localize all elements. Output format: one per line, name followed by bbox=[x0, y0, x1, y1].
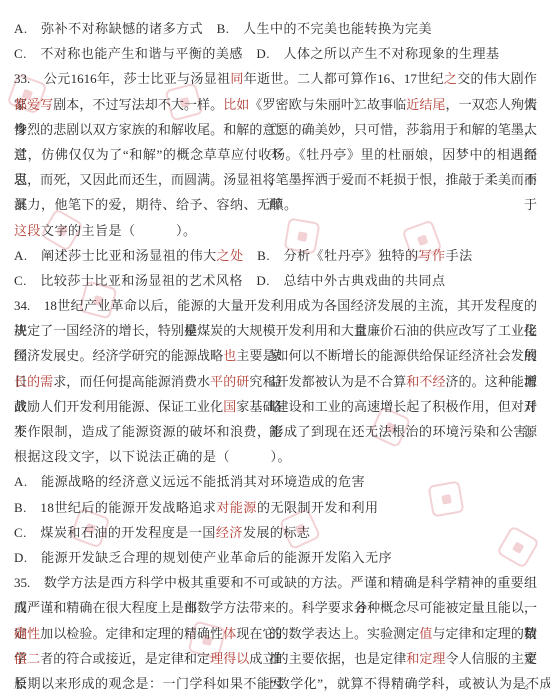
red-highlight-text: 近结尾 bbox=[406, 97, 445, 112]
scanned-exam-page: A. 弥补不对称缺憾的诸多方式 B. 人生中的不完美也能转换为完美C. 不对称也… bbox=[0, 0, 550, 700]
text-line: 这段文字的主旨是（ ）。 bbox=[14, 218, 537, 243]
red-highlight-text: 这段 bbox=[14, 223, 41, 238]
text-segment: D. 能源开发缺乏合理的规划使产业革命后的能源开发陷入无序 bbox=[14, 550, 392, 565]
text-line: 34. 18世纪产业革命以后，能源的大量开发利用成为各国经济发展的主流，其开发程… bbox=[14, 293, 537, 318]
red-highlight-text: 平的研 bbox=[210, 374, 249, 389]
text-segment: 加以检验。定律和定理的精确性 bbox=[40, 626, 223, 641]
text-line: 不作限制，造成了能源资源的破坏和浪费，形成了到现在还无法根治的环境污染和公害。 bbox=[14, 419, 537, 444]
text-line: 鼓励人们开发利用能源、保证工业化国家基础建设和工业的高速增长起了积极作用，但对开… bbox=[14, 394, 537, 419]
red-highlight-text: 之 bbox=[444, 71, 457, 86]
text-line: 意，仿佛仅仅为了“和解”的概念草草应付收场。《牡丹亭》里的杜丽娘，因梦中的相遇而… bbox=[14, 142, 537, 167]
text-segment: 究和开发都被认为是不合算 bbox=[249, 374, 406, 389]
red-highlight-text: 体 bbox=[223, 626, 236, 641]
red-highlight-text: 理得以 bbox=[210, 651, 249, 666]
text-line: C. 煤炭和石油的开发程度是一国经济发展的标志 bbox=[14, 520, 537, 545]
text-segment: C. 不对称也能产生和谐与平衡的美感 D. 人体之所以产生不对称现象的生理基 bbox=[14, 46, 500, 61]
text-line: A. 阐述莎士比亚和汤显祖的伟大之处 B. 分析《牡丹亭》独特的写作手法 bbox=[14, 243, 537, 268]
text-segment: A. 能源战略的经济意义远远不能抵消其对环境造成的危害 bbox=[14, 474, 365, 489]
text-line: 长期以来形成的观念是：一门学科如果不能“数学化”，就算不得精确学科，或被认为是不… bbox=[14, 671, 537, 696]
text-segment: 鼓励人们开发利用能源、保证工业化 bbox=[14, 399, 223, 414]
text-line: 哀，而死，又因此而还生，而圆满。汤显祖将笔墨挥洒于爱而不耗损于恨，推敲于柔美而不… bbox=[14, 167, 537, 192]
red-highlight-text: 和定理 bbox=[406, 651, 445, 666]
text-segment: 现在它的数学表达上。实验测定 bbox=[236, 626, 419, 641]
text-segment: 根据这段文字，以下说法正确的是（ ）。 bbox=[14, 449, 291, 464]
text-line: 长的需求，而任何提高能源消费水平的研究和开发都被认为是不合算和不经济的。这种能源… bbox=[14, 369, 537, 394]
text-line: 33. 公元1616年，莎士比亚与汤显祖同年逝世。二人都可算作16、17世纪之交… bbox=[14, 66, 537, 91]
text-segment: A. 阐述莎士比亚和汤显祖的伟大 bbox=[14, 248, 217, 263]
red-highlight-text: 国 bbox=[223, 399, 236, 414]
text-line: 决定了一国经济的增长，特别是煤炭的大规模开发利用和大量廉价石油的供应改写了工业化… bbox=[14, 318, 537, 343]
text-segment: 的无限制开发和利用 bbox=[257, 500, 379, 515]
text-segment: A. 弥补不对称缺憾的诸多方式 B. 人生中的不完美也能转换为完美 bbox=[14, 21, 432, 36]
red-highlight-text: 确性 bbox=[14, 626, 40, 641]
text-segment: 长期以来形成的观念是：一门学科如果不能“数学化”，就算不得精确学科，或被认为是不… bbox=[14, 676, 550, 691]
red-highlight-text: 值二 bbox=[14, 651, 40, 666]
red-highlight-text: 之处 bbox=[217, 248, 244, 263]
red-highlight-text: 写作 bbox=[419, 248, 446, 263]
red-highlight-text: 值 bbox=[419, 626, 432, 641]
text-segment: 不作限制，造成了能源资源的破坏和浪费，形成了到现在还无法根治的环境污染和公害。 bbox=[14, 424, 541, 439]
red-highlight-text: 长的需 bbox=[14, 374, 53, 389]
text-line: 而严谨和精确在很大程度上是由数学方法带来的。科学要求各种概念尽可能被定量且能以一… bbox=[14, 595, 537, 620]
red-highlight-text: 也 bbox=[223, 348, 236, 363]
text-segment: 33. 公元1616年，莎士比亚与汤显祖 bbox=[14, 71, 230, 86]
red-highlight-text: 对能源 bbox=[216, 500, 257, 515]
text-line: 惨烈的悲剧以双方家族的和解收尾。和解的意愿的确美妙，只可惜，莎翁用于和解的笔墨太… bbox=[14, 117, 537, 142]
text-segment: 经济发展史。经济学研究的能源战略 bbox=[14, 348, 223, 363]
text-segment: 者的符合或接近，是定律和定 bbox=[40, 651, 210, 666]
red-highlight-text: 都爱写 bbox=[14, 97, 53, 112]
red-highlight-text: 比如 bbox=[223, 97, 249, 112]
text-line: A. 能源战略的经济意义远远不能抵消其对环境造成的危害 bbox=[14, 469, 537, 494]
text-line: A. 弥补不对称缺憾的诸多方式 B. 人生中的不完美也能转换为完美 bbox=[14, 16, 537, 41]
text-segment: 求，而任何提高能源消费水 bbox=[53, 374, 210, 389]
text-segment: B. 18世纪后的能源开发战略追求 bbox=[14, 500, 216, 515]
text-segment: 文字的主旨是（ ）。 bbox=[41, 223, 197, 238]
text-segment: 成立的主要依据，也是定律 bbox=[249, 651, 406, 666]
exam-text-body: A. 弥补不对称缺憾的诸多方式 B. 人生中的不完美也能转换为完美C. 不对称也… bbox=[0, 0, 550, 696]
red-highlight-text: 经济 bbox=[216, 525, 243, 540]
text-segment: 年逝世。二人都可算作16、17世纪 bbox=[244, 71, 444, 86]
text-line: 35. 数学方法是西方科学中极其重要和不可或缺的方法。严谨和精确是科学精神的重要… bbox=[14, 570, 537, 595]
text-line: 值二者的符合或接近，是定律和定理得以成立的主要依据，也是定律和定理令人信服的主要… bbox=[14, 646, 537, 671]
red-highlight-text: 同 bbox=[230, 71, 243, 86]
text-line: B. 18世纪后的能源开发战略追求对能源的无限制开发和利用 bbox=[14, 495, 537, 520]
text-line: 确性加以检验。定律和定理的精确性体现在它的数学表达上。实验测定值与定律和定理的数… bbox=[14, 621, 537, 646]
text-line: 根据这段文字，以下说法正确的是（ ）。 bbox=[14, 444, 537, 469]
text-line: C. 不对称也能产生和谐与平衡的美感 D. 人体之所以产生不对称现象的生理基 bbox=[14, 41, 537, 66]
text-line: D. 能源开发缺乏合理的规划使产业革命后的能源开发陷入无序 bbox=[14, 545, 537, 570]
text-segment: 手法 bbox=[446, 248, 473, 263]
text-segment: C. 比较莎士比亚和汤显祖的艺术风格 D. 总结中外古典戏曲的共同点 bbox=[14, 273, 446, 288]
text-segment: C. 煤炭和石油的开发程度是一国 bbox=[14, 525, 216, 540]
text-line: 经济发展史。经济学研究的能源战略也主要是如何以不断增长的能源供给保证经济社会发展… bbox=[14, 343, 537, 368]
red-highlight-text: 和不经 bbox=[406, 374, 445, 389]
text-line: 都爱写剧本，不过写法却不大一样。比如《罗密欧与朱丽叶》故事临近结尾，一双恋人殉情… bbox=[14, 92, 537, 117]
text-line: C. 比较莎士比亚和汤显祖的艺术风格 D. 总结中外古典戏曲的共同点 bbox=[14, 268, 537, 293]
text-segment: 《罗密欧与朱丽叶》故事临 bbox=[249, 97, 406, 112]
text-segment: 剧本，不过写法却不大一样。 bbox=[53, 97, 223, 112]
text-segment: 发展的标志 bbox=[243, 525, 311, 540]
text-segment: B. 分析《牡丹亭》独特的 bbox=[244, 248, 419, 263]
text-segment: 暴力，他笔下的爱，期待、给予、容纳、无嗔。 bbox=[14, 197, 298, 212]
